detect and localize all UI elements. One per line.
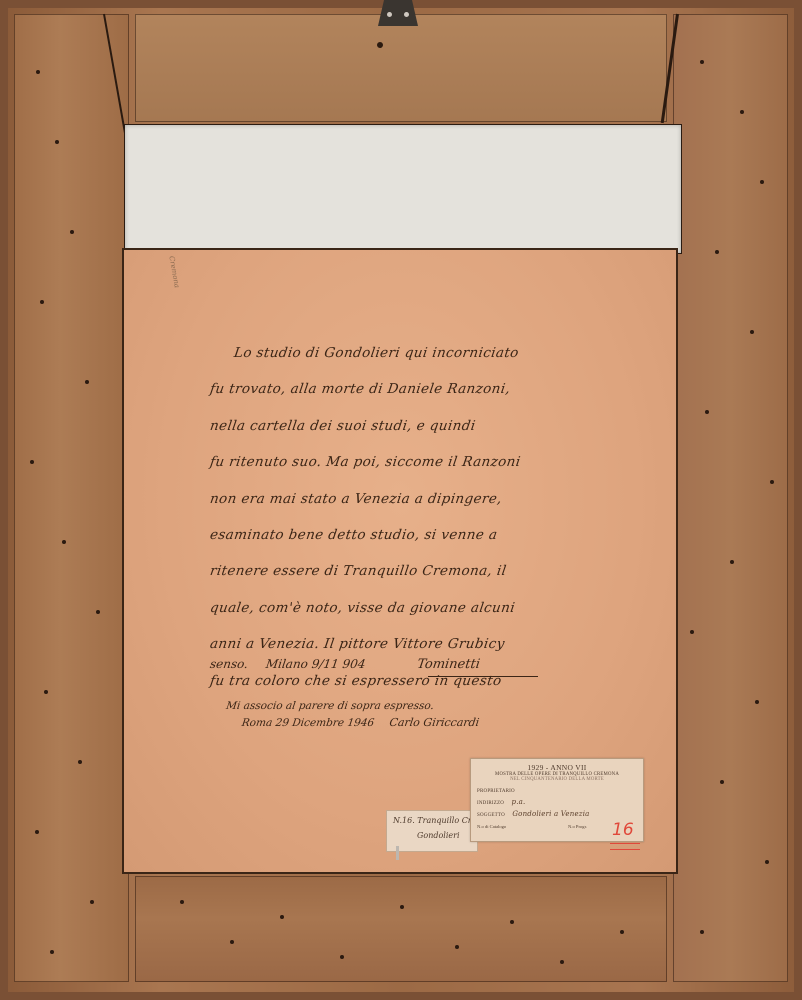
assent-note: Mi associo al parere di sopra espresso. … — [223, 700, 482, 729]
inventory-label: N.16. Tranquillo Cr. Gondolieri — [386, 810, 478, 852]
picture-frame-back: Cremona Lo studio di Gondolieri qui inco… — [0, 0, 802, 1000]
note-place-date: Milano 9/11 904 — [265, 657, 367, 671]
red-double-underline — [610, 843, 640, 850]
signature-underline — [428, 676, 538, 677]
red-catalog-number: 16 — [612, 820, 634, 840]
note-line: quale, com'è noto, visse da giovane alcu… — [207, 590, 652, 626]
hanger-bracket-icon — [378, 0, 418, 26]
note-closing: senso. — [209, 657, 249, 671]
passe-partout-mat — [124, 124, 682, 254]
label-field-subject: SOGGETTO Gondolieri a Venezia — [477, 810, 643, 818]
assent-line-2: Roma 29 Dicembre 1946 — [241, 717, 375, 729]
note-line: fu ritenuto suo. Ma poi, siccome il Ranz… — [207, 444, 652, 480]
nail — [396, 846, 399, 860]
assent-signature: Carlo Giriccardi — [389, 716, 480, 729]
note-line: nella cartella dei suoi studi, e quindi — [207, 408, 652, 444]
exhibition-year: 1929 - ANNO VII — [471, 763, 643, 772]
note-line: non era mai stato a Venezia a dipingere, — [207, 481, 652, 517]
note-signoff: senso. Milano 9/11 904 Tominetti — [209, 657, 481, 672]
inventory-label-line-2: Gondolieri — [417, 831, 477, 840]
assent-line-1: Mi associo al parere di sopra espresso. — [225, 700, 434, 712]
label-field-owner: PROPRIETARIO — [477, 786, 643, 794]
note-line: Lo studio di Gondolieri qui incorniciato — [231, 335, 652, 371]
note-signature: Tominetti — [416, 657, 481, 672]
note-line: fu trovato, alla morte di Daniele Ranzon… — [207, 371, 652, 407]
inventory-label-line-1: N.16. Tranquillo Cr. — [393, 816, 477, 825]
exhibition-subtitle: NEL CINQUANTENARIO DELLA MORTE — [471, 777, 643, 782]
note-line: ritenere essere di Tranquillo Cremona, i… — [207, 553, 652, 589]
handwritten-attribution-note: Lo studio di Gondolieri qui incorniciato… — [210, 335, 650, 699]
note-line: esaminato bene detto studio, si venne a — [207, 517, 652, 553]
label-field-address: INDIRIZZO p.a. — [477, 798, 643, 806]
